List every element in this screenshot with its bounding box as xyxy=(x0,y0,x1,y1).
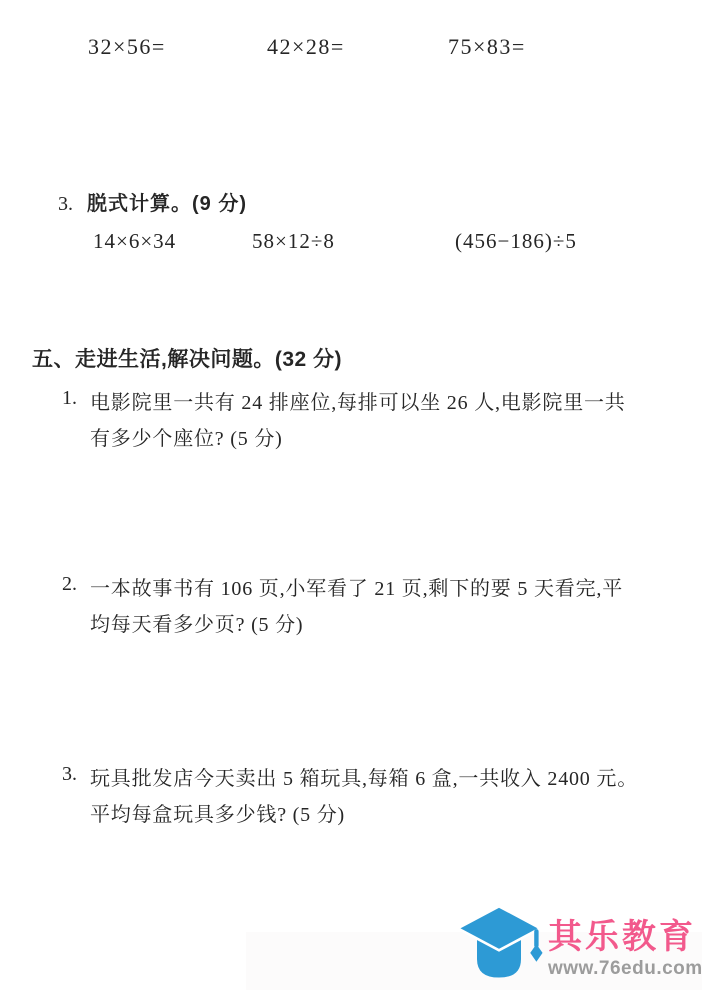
section3-heading: 3. 脱式计算。(9 分) xyxy=(58,187,247,216)
section3-title: 脱式计算。(9 分) xyxy=(87,193,247,215)
logo: 其乐教育 www.76edu.com xyxy=(455,901,702,989)
calc-expression: 42×28= xyxy=(267,34,345,60)
problem-number: 3. xyxy=(62,763,77,786)
logo-name: 其乐教育 xyxy=(548,920,702,956)
problem-text: 有多少个座位? (5 分) xyxy=(90,422,283,451)
calc-expression: 32×56= xyxy=(88,34,166,60)
logo-text: 其乐教育 www.76edu.com xyxy=(548,901,702,980)
worksheet-page: 32×56= 42×28= 75×83= 3. 脱式计算。(9 分) 14×6×… xyxy=(0,0,702,990)
section5-title: 五、走进生活,解决问题。(32 分) xyxy=(32,343,342,373)
step-expression: 14×6×34 xyxy=(93,229,176,254)
problem-text: 一本故事书有 106 页,小军看了 21 页,剩下的要 5 天看完,平 xyxy=(90,572,623,601)
problem-text: 电影院里一共有 24 排座位,每排可以坐 26 人,电影院里一共 xyxy=(90,386,626,415)
problem-text: 均每天看多少页? (5 分) xyxy=(90,608,303,637)
problem-number: 2. xyxy=(62,573,77,596)
step-expression: 58×12÷8 xyxy=(252,229,335,254)
calc-expression: 75×83= xyxy=(448,34,526,60)
graduation-cap-icon xyxy=(455,901,543,989)
logo-url: www.76edu.com xyxy=(548,959,702,980)
problem-text: 平均每盒玩具多少钱? (5 分) xyxy=(90,798,345,827)
section3-number: 3. xyxy=(58,193,73,215)
problem-number: 1. xyxy=(62,387,77,410)
step-expression: (456−186)÷5 xyxy=(455,229,577,254)
problem-text: 玩具批发店今天卖出 5 箱玩具,每箱 6 盒,一共收入 2400 元。 xyxy=(90,762,638,791)
